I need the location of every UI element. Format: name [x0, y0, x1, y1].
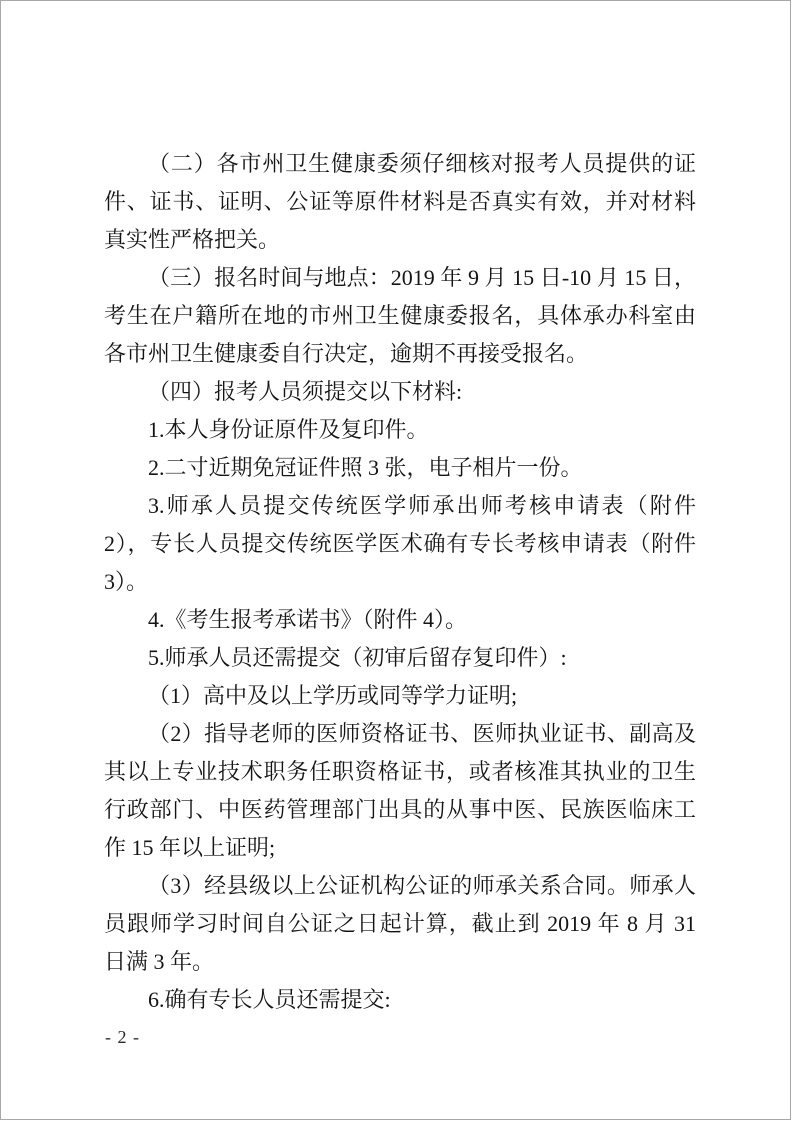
document-paragraph: 3.师承人员提交传统医学师承出师考核申请表（附件 2），专长人员提交传统医学医术…	[104, 487, 696, 601]
document-paragraph: 6.确有专长人员还需提交:	[104, 981, 696, 1019]
document-paragraph: （3）经县级以上公证机构公证的师承关系合同。师承人员跟师学习时间自公证之日起计算…	[104, 867, 696, 981]
document-paragraph: 5.师承人员还需提交（初审后留存复印件）:	[104, 639, 696, 677]
document-paragraph: （三）报名时间与地点：2019 年 9 月 15 日-10 月 15 日，考生在…	[104, 259, 696, 373]
document-body: （二）各市州卫生健康委须仔细核对报考人员提供的证件、证书、证明、公证等原件材料是…	[104, 145, 696, 1019]
document-paragraph: 1.本人身份证原件及复印件。	[104, 411, 696, 449]
document-paragraph: （四）报考人员须提交以下材料:	[104, 373, 696, 411]
page-number: - 2 -	[105, 1025, 140, 1049]
document-page: （二）各市州卫生健康委须仔细核对报考人员提供的证件、证书、证明、公证等原件材料是…	[0, 0, 791, 1120]
document-paragraph: （2）指导老师的医师资格证书、医师执业证书、副高及其以上专业技术职务任职资格证书…	[104, 715, 696, 867]
document-paragraph: （1）高中及以上学历或同等学力证明;	[104, 677, 696, 715]
document-paragraph: （二）各市州卫生健康委须仔细核对报考人员提供的证件、证书、证明、公证等原件材料是…	[104, 145, 696, 259]
document-paragraph: 4.《考生报考承诺书》（附件 4）。	[104, 601, 696, 639]
document-paragraph: 2.二寸近期免冠证件照 3 张，电子相片一份。	[104, 449, 696, 487]
